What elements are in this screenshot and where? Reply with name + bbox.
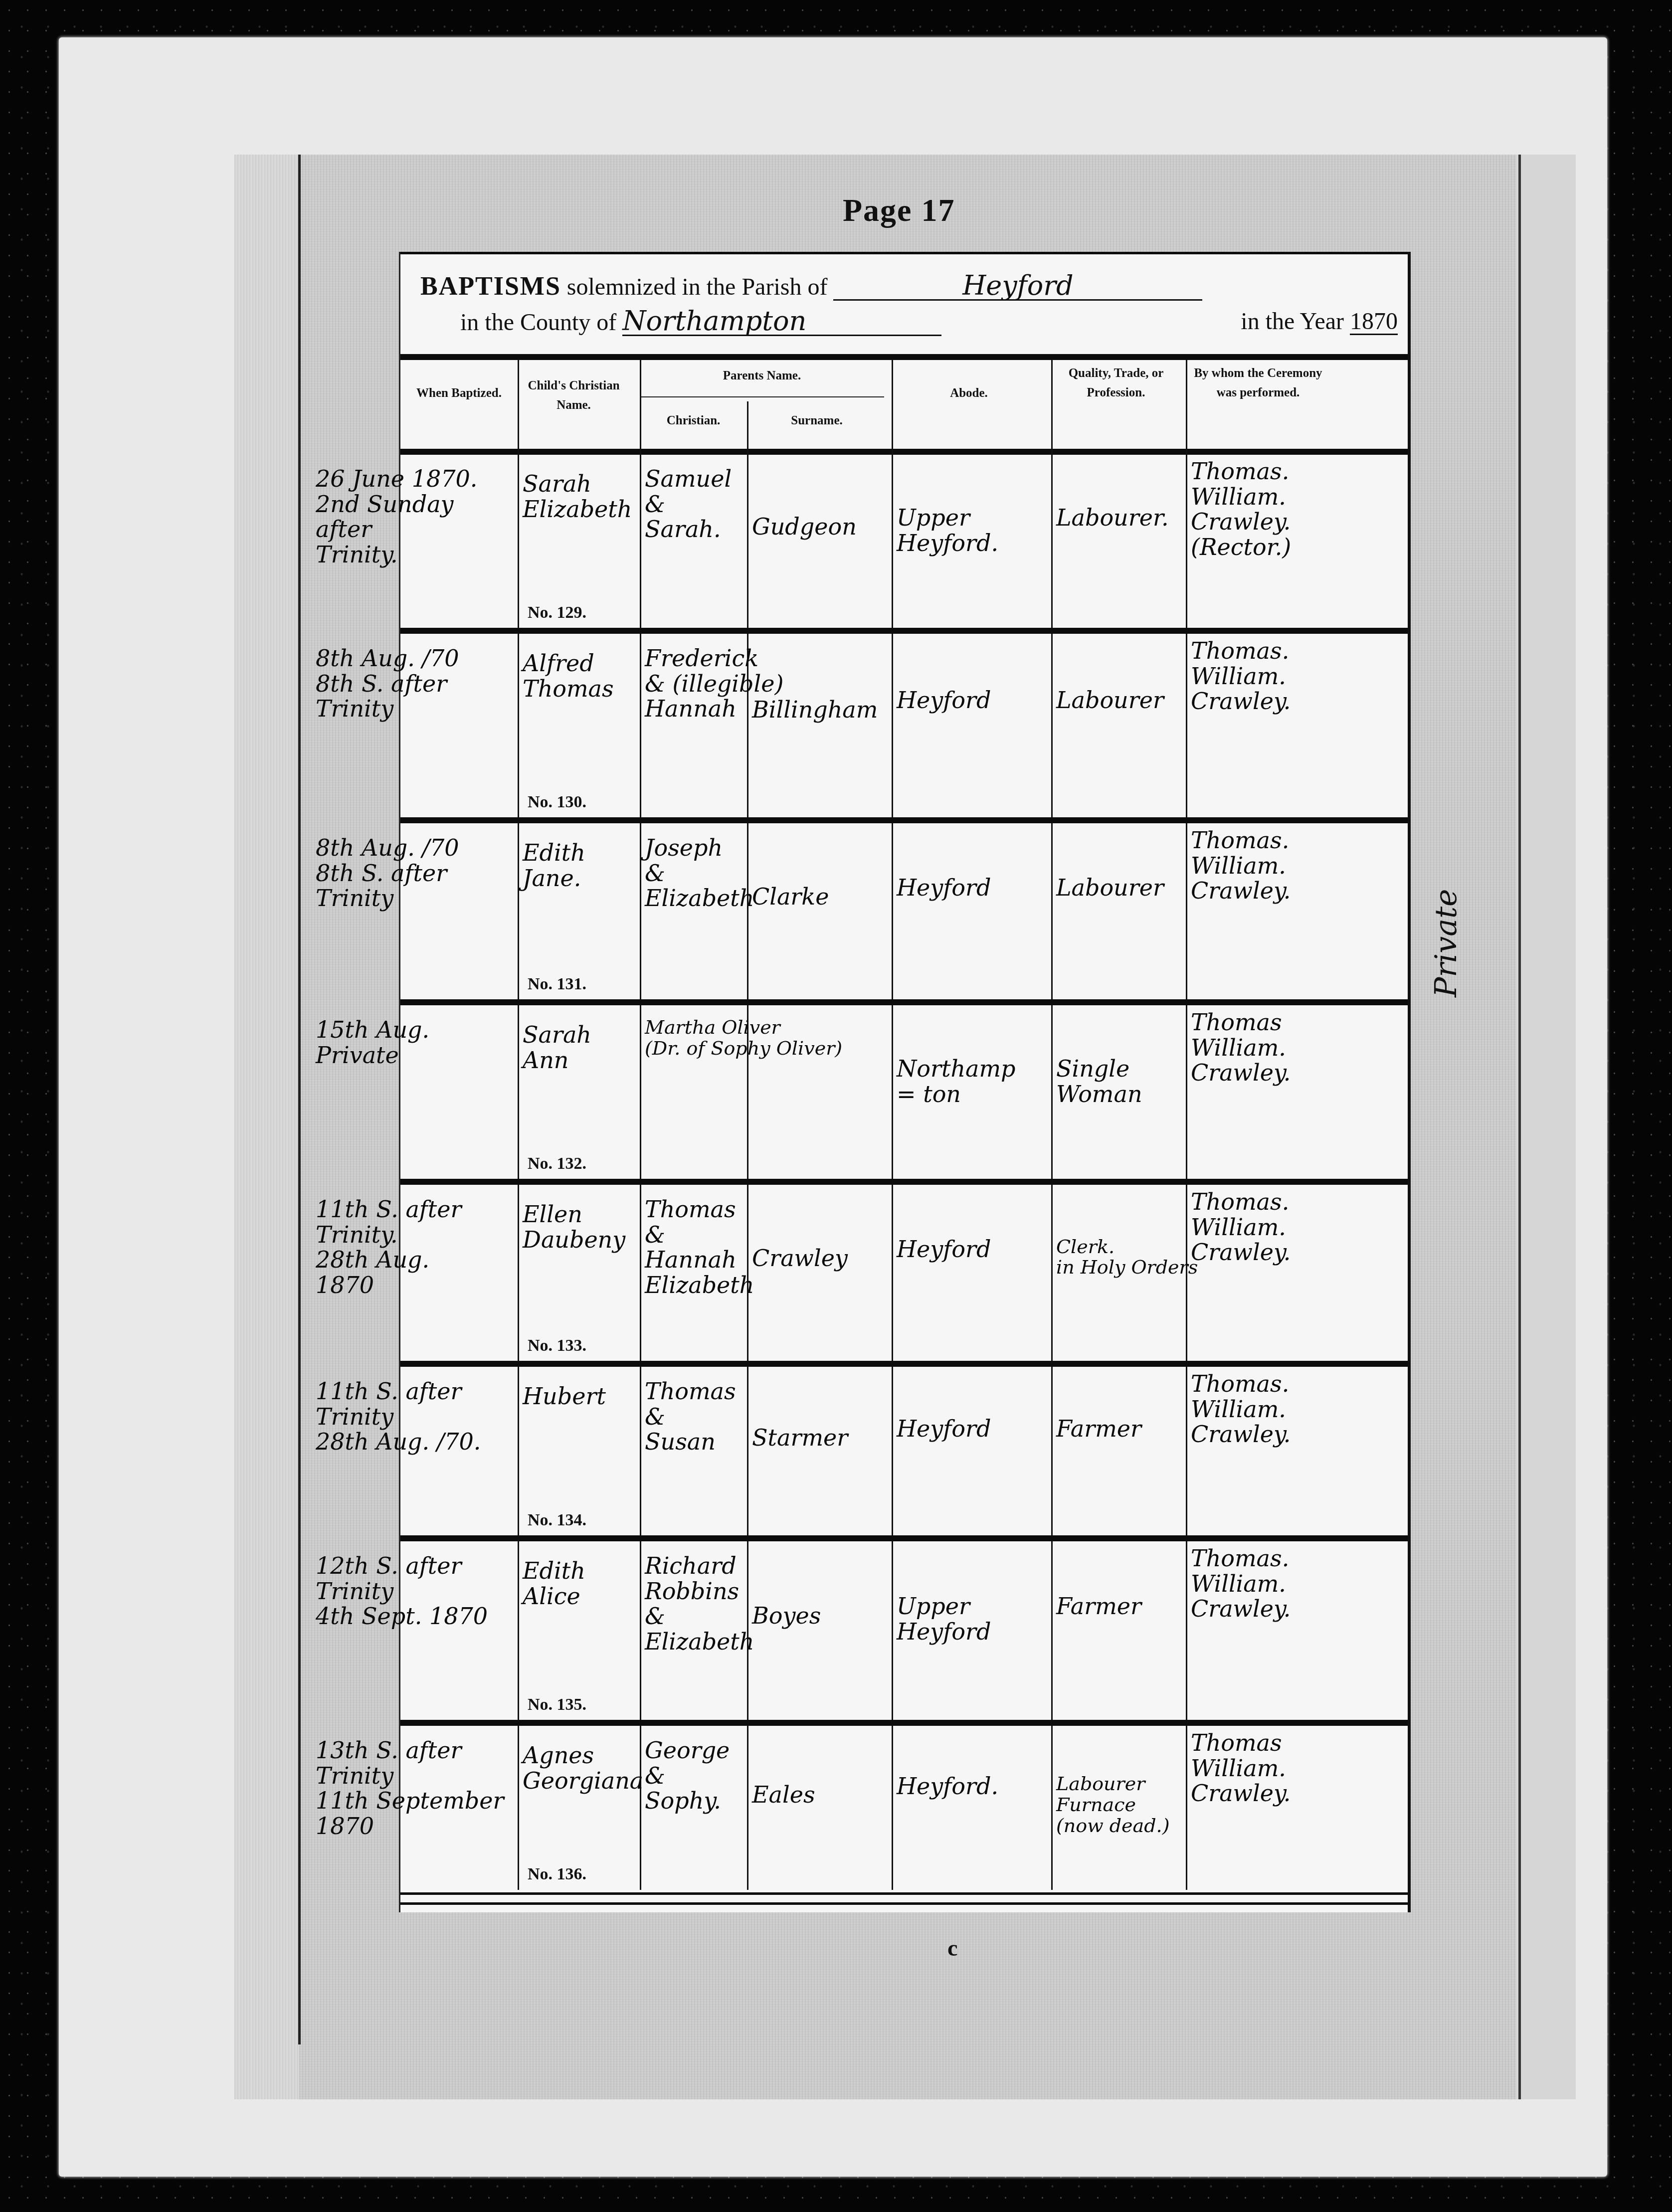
binding-strip [234, 155, 299, 2099]
header-rule [400, 354, 1408, 360]
col-parents-surname: Surname. [749, 411, 884, 431]
officiant-line: William. [1191, 1215, 1291, 1240]
parents-christian: Martha Oliver(Dr. of Sophy Oliver) [645, 1017, 842, 1059]
child-name: EdithJane. [523, 840, 585, 891]
abode-line: Northamp [897, 1056, 1016, 1082]
parents-christian: Samuel&Sarah. [645, 466, 732, 542]
abode-line: Heyford. [897, 531, 998, 556]
parents-christian-line: Elizabeth [645, 1629, 754, 1655]
margin-note-private: Private [1429, 889, 1464, 997]
parents-christian-line: Thomas [645, 1197, 754, 1222]
when-baptized-line: 1870 [316, 1273, 462, 1298]
county-prefix: in the County of [460, 309, 616, 336]
officiant-line: Crawley. [1191, 1596, 1291, 1622]
entry-number: No. 136. [528, 1865, 586, 1884]
quality-trade-line: Labourer. [1056, 505, 1169, 531]
entry-number: No. 135. [528, 1695, 586, 1714]
abode-line: Heyford [897, 688, 991, 713]
child-name-line: Elizabeth [523, 497, 632, 522]
child-name-line: Alfred [523, 651, 614, 676]
quality-trade: Farmer [1056, 1416, 1141, 1442]
year-field: 1870 [1350, 310, 1398, 335]
when-baptized-line: 1870 [316, 1814, 504, 1839]
when-baptized-line: 11th S. after [316, 1197, 462, 1222]
quality-trade-line: in Holy Orders [1056, 1257, 1198, 1278]
parents-christian-line: & [645, 1763, 730, 1789]
when-baptized-line: 12th S. after [316, 1553, 488, 1579]
quality-trade-line: Woman [1056, 1082, 1142, 1107]
officiant-line: Thomas [1191, 1730, 1291, 1756]
when-baptized: 8th Aug. /708th S. afterTrinity [316, 835, 459, 911]
quality-trade-line: Clerk. [1056, 1237, 1198, 1258]
officiant-line: Crawley. [1191, 509, 1291, 535]
child-name: EdithAlice [523, 1558, 585, 1609]
col-line [892, 359, 893, 1890]
when-baptized-line: Trinity [316, 696, 459, 722]
bottom-rule-2 [400, 1902, 1408, 1905]
when-baptized-line: Trinity [316, 1763, 504, 1789]
abode-line: Heyford [897, 1237, 991, 1262]
parents-christian: George&Sophy. [645, 1738, 730, 1814]
child-name-line: Edith [523, 1558, 585, 1584]
child-name-line: Ellen [523, 1202, 625, 1227]
child-name-line: Ann [523, 1048, 591, 1073]
officiant-line: Thomas. [1191, 1371, 1291, 1397]
abode: Heyford [897, 875, 991, 901]
when-baptized: 8th Aug. /708th S. afterTrinity [316, 646, 459, 722]
col-line [640, 359, 641, 1890]
child-name: Hubert [523, 1384, 606, 1409]
child-name-line: Hubert [523, 1384, 606, 1409]
child-name: SarahElizabeth [523, 471, 632, 522]
officiant-line: Thomas. [1191, 459, 1291, 484]
officiant: ThomasWilliam.Crawley. [1191, 1010, 1291, 1086]
officiant-line: Crawley. [1191, 1422, 1291, 1447]
child-name-line: Thomas [523, 676, 614, 702]
officiant-line: Thomas [1191, 1010, 1291, 1035]
surname: Gudgeon [752, 514, 857, 540]
entry-number: No. 134. [528, 1511, 586, 1530]
quality-trade-line: (now dead.) [1056, 1816, 1169, 1837]
when-baptized: 15th Aug.Private [316, 1017, 429, 1068]
quality-trade-line: Furnace [1056, 1795, 1169, 1816]
heading-text: solemnized in the Parish of [567, 274, 828, 300]
parents-divider [640, 396, 884, 397]
bottom-rule [400, 1892, 1408, 1895]
parents-christian-line: Joseph [645, 835, 754, 861]
child-name-line: Sarah [523, 1022, 591, 1048]
col-child: Child's Christian Name. [518, 376, 630, 415]
child-name-line: Alice [523, 1584, 585, 1609]
when-baptized-line: 4th Sept. 1870 [316, 1604, 488, 1629]
officiant-line: William. [1191, 1035, 1291, 1061]
quality-trade-line: Labourer [1056, 875, 1164, 901]
when-baptized-line: 8th Aug. /70 [316, 646, 459, 671]
abode-line: Heyford [897, 875, 991, 901]
officiant-line: Thomas. [1191, 638, 1291, 664]
parents-christian-line: Elizabeth [645, 1273, 754, 1298]
when-baptized: 11th S. afterTrinity.28th Aug.1870 [316, 1197, 462, 1297]
child-name: SarahAnn [523, 1022, 591, 1073]
parents-christian-line: Sarah. [645, 517, 732, 542]
quality-trade-line: Farmer [1056, 1594, 1141, 1619]
when-baptized: 11th S. afterTrinity28th Aug. /70. [316, 1379, 481, 1455]
quality-trade: Labourer [1056, 688, 1164, 713]
abode-line: Heyford. [897, 1774, 998, 1799]
heading-bold: BAPTISMS [420, 272, 561, 301]
officiant-line: Crawley. [1191, 1060, 1291, 1086]
officiant-line: Crawley. [1191, 1781, 1291, 1806]
officiant-line: Thomas. [1191, 1546, 1291, 1571]
parents-christian-line: & (illegible) [645, 671, 783, 697]
entry-divider [400, 999, 1408, 1005]
when-baptized-line: after [316, 517, 477, 542]
abode: Heyford [897, 688, 991, 713]
parents-christian-line: Sophy. [645, 1788, 730, 1814]
when-baptized-line: 28th Aug. [316, 1247, 462, 1273]
parents-christian-line: Hannah [645, 1247, 754, 1273]
parents-christian-line: & [645, 492, 732, 517]
quality-trade: Labourer [1056, 875, 1164, 901]
surname: Starmer [752, 1425, 848, 1451]
officiant-line: Crawley. [1191, 1240, 1291, 1265]
col-abode: Abode. [894, 384, 1044, 403]
when-baptized: 26 June 1870.2nd SundayafterTrinity. [316, 466, 477, 567]
officiant-line: Crawley. [1191, 689, 1291, 714]
when-baptized: 12th S. afterTrinity4th Sept. 1870 [316, 1553, 488, 1629]
quality-trade-line: Labourer [1056, 688, 1164, 713]
officiant-line: Crawley. [1191, 878, 1291, 904]
officiant: Thomas.William.Crawley. [1191, 1546, 1291, 1622]
page-title: Page 17 [843, 192, 955, 229]
entry-divider [400, 1361, 1408, 1367]
quality-trade: SingleWoman [1056, 1056, 1142, 1106]
when-baptized-line: 8th Aug. /70 [316, 835, 459, 861]
when-baptized-line: Trinity. [316, 542, 477, 567]
when-baptized-line: 8th S. after [316, 861, 459, 886]
abode-line: Heyford [897, 1619, 991, 1645]
entry-divider [400, 817, 1408, 823]
officiant: Thomas.William.Crawley. [1191, 638, 1291, 714]
officiant-line: William. [1191, 1571, 1291, 1597]
officiant-line: Thomas. [1191, 1189, 1291, 1215]
officiant: ThomasWilliam.Crawley. [1191, 1730, 1291, 1806]
entry-number: No. 132. [528, 1154, 586, 1173]
when-baptized-line: Trinity [316, 1404, 481, 1430]
child-name-line: Sarah [523, 471, 632, 497]
abode: Heyford [897, 1416, 991, 1442]
officiant-line: Thomas. [1191, 828, 1291, 853]
parish-field: Heyford [833, 272, 1202, 301]
officiant-line: William. [1191, 664, 1291, 689]
when-baptized-line: 11th September [316, 1788, 504, 1814]
entry-divider [400, 1720, 1408, 1726]
baptism-register-table: BAPTISMS solemnized in the Parish of Hey… [399, 252, 1411, 1912]
child-name: AgnesGeorgiana [523, 1743, 643, 1793]
surname: Eales [752, 1782, 815, 1808]
abode-line: Upper [897, 1594, 991, 1619]
parents-christian-line: (Dr. of Sophy Oliver) [645, 1038, 842, 1059]
officiant: Thomas.William.Crawley.(Rector.) [1191, 459, 1291, 559]
col-line [1051, 359, 1053, 1890]
parents-christian-line: & [645, 1604, 754, 1629]
parents-christian-line: George [645, 1738, 730, 1763]
quality-trade: Labourer. [1056, 505, 1169, 531]
entry-divider [400, 628, 1408, 634]
officiant-line: (Rector.) [1191, 535, 1291, 560]
quality-trade: Farmer [1056, 1594, 1141, 1619]
entry-number: No. 131. [528, 975, 586, 994]
when-baptized-line: Trinity [316, 886, 459, 911]
abode: UpperHeyford. [897, 505, 998, 555]
col-officiant: By whom the Ceremony was performed. [1188, 364, 1328, 403]
when-baptized-line: Trinity [316, 1579, 488, 1604]
quality-trade: Clerk.in Holy Orders [1056, 1237, 1198, 1279]
when-baptized: 13th S. afterTrinity11th September1870 [316, 1738, 504, 1839]
col-parents: Parents Name. [640, 367, 884, 386]
entry-divider [400, 1179, 1408, 1185]
col-line [518, 359, 519, 1890]
abode-line: Upper [897, 505, 998, 531]
parents-christian-line: & [645, 1222, 754, 1248]
page-signature-mark: c [947, 1935, 957, 1961]
body-rule [400, 449, 1408, 455]
when-baptized-line: Trinity. [316, 1222, 462, 1248]
parents-christian-line: & [645, 861, 754, 886]
surname: Boyes [752, 1603, 821, 1629]
col-line [1186, 359, 1187, 1890]
when-baptized-line: 13th S. after [316, 1738, 504, 1763]
officiant-line: William. [1191, 853, 1291, 879]
year-prefix: in the Year [1241, 308, 1344, 335]
officiant: Thomas.William.Crawley. [1191, 828, 1291, 904]
entry-divider [400, 1535, 1408, 1541]
child-name: EllenDaubeny [523, 1202, 625, 1252]
parents-christian-line: Thomas [645, 1379, 736, 1404]
when-baptized-line: 11th S. after [316, 1379, 481, 1404]
officiant-line: William. [1191, 1397, 1291, 1422]
officiant: Thomas.William.Crawley. [1191, 1189, 1291, 1265]
entry-number: No. 130. [528, 793, 586, 812]
parents-christian: Joseph&Elizabeth [645, 835, 754, 911]
parents-christian-line: Robbins [645, 1579, 754, 1604]
parents-christian-line: Martha Oliver [645, 1017, 842, 1038]
abode: UpperHeyford [897, 1594, 991, 1644]
quality-trade-line: Farmer [1056, 1416, 1141, 1442]
surname: Crawley [752, 1246, 848, 1271]
officiant: Thomas.William.Crawley. [1191, 1371, 1291, 1447]
col-quality: Quality, Trade, or Profession. [1054, 364, 1178, 403]
col-parents-christian: Christian. [640, 411, 747, 431]
when-baptized-line: 28th Aug. /70. [316, 1429, 481, 1455]
when-baptized-line: Private [316, 1043, 429, 1068]
quality-trade: LabourerFurnace(now dead.) [1056, 1774, 1169, 1836]
year-line: in the Year 1870 [1241, 308, 1398, 335]
when-baptized-line: 15th Aug. [316, 1017, 429, 1043]
entry-number: No. 129. [528, 603, 586, 622]
parents-christian-line: Richard [645, 1553, 754, 1579]
right-margin [1516, 155, 1576, 2099]
child-name-line: Georgiana [523, 1768, 643, 1794]
abode-line: = ton [897, 1082, 1016, 1107]
county-field: Northampton [622, 308, 941, 336]
parents-christian: Thomas&HannahElizabeth [645, 1197, 754, 1297]
top-rule [400, 252, 1408, 254]
parents-christian-line: & [645, 1404, 736, 1430]
child-name: AlfredThomas [523, 651, 614, 701]
quality-trade-line: Single [1056, 1056, 1142, 1082]
binding-line [298, 155, 301, 2044]
col-line [747, 401, 748, 1890]
register-heading: BAPTISMS solemnized in the Parish of Hey… [420, 272, 1202, 301]
abode: Northamp= ton [897, 1056, 1016, 1106]
surname: Billingham [752, 697, 878, 723]
surname: Clarke [752, 884, 829, 910]
officiant-line: William. [1191, 484, 1291, 510]
abode: Heyford [897, 1237, 991, 1262]
child-name-line: Edith [523, 840, 585, 866]
parents-christian: Thomas&Susan [645, 1379, 736, 1455]
parents-christian-line: Elizabeth [645, 886, 754, 911]
parents-christian: RichardRobbins&Elizabeth [645, 1553, 754, 1654]
margin-line [1518, 155, 1521, 2099]
parents-christian-line: Susan [645, 1429, 736, 1455]
officiant-line: William. [1191, 1756, 1291, 1781]
when-baptized-line: 2nd Sunday [316, 492, 477, 517]
child-name-line: Agnes [523, 1743, 643, 1768]
when-baptized-line: 8th S. after [316, 671, 459, 697]
when-baptized-line: 26 June 1870. [316, 466, 477, 492]
entry-number: No. 133. [528, 1336, 586, 1355]
col-when: When Baptized. [403, 384, 515, 403]
quality-trade-line: Labourer [1056, 1774, 1169, 1795]
child-name-line: Jane. [523, 866, 585, 891]
abode: Heyford. [897, 1774, 998, 1799]
parents-christian-line: Frederick [645, 646, 783, 671]
parents-christian-line: Samuel [645, 466, 732, 492]
county-line: in the County of Northampton [460, 308, 941, 336]
abode-line: Heyford [897, 1416, 991, 1442]
child-name-line: Daubeny [523, 1227, 625, 1253]
